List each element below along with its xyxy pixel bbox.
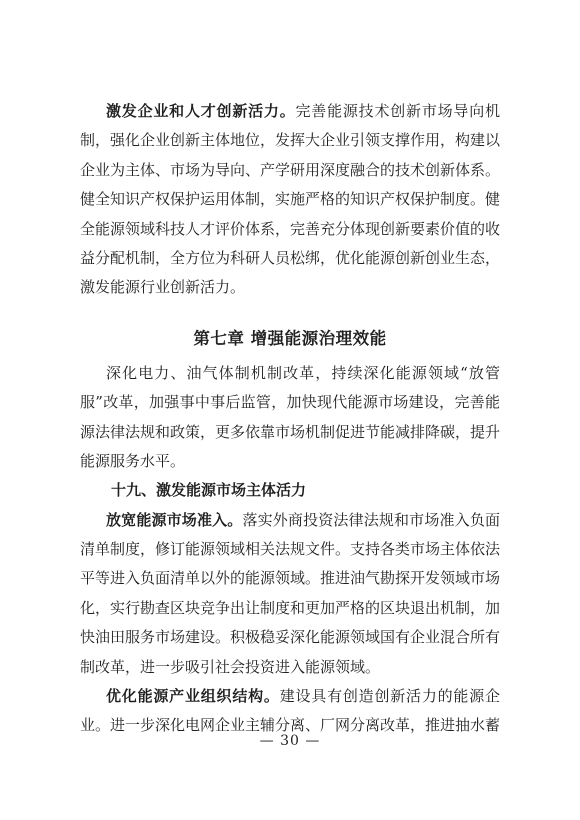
body-text: 制，强化企业创新主体地位，发挥大企业引领支撑作用，构建以 xyxy=(80,131,500,149)
page-content: 激发企业和人才创新活力。完善能源技术创新市场导向机制，强化企业创新主体地位，发挥… xyxy=(80,97,500,741)
page-number: — 30 — xyxy=(0,733,580,749)
body-text: 快油田服务市场建设。积极稳妥深化能源领域国有企业混合所有 xyxy=(80,628,500,646)
text-line: 制，强化企业创新主体地位，发挥大企业引领支撑作用，构建以 xyxy=(80,126,500,155)
text-line: 快油田服务市场建设。积极稳妥深化能源领域国有企业混合所有 xyxy=(80,623,500,652)
bold-lead-text: 激发企业和人才创新活力。 xyxy=(106,102,296,120)
text-line: 全能源领域科技人才评价体系，完善充分体现创新要素价值的收 xyxy=(80,215,500,244)
section-heading: 十九、激发能源市场主体活力 xyxy=(80,476,500,505)
paragraph: 激发企业和人才创新活力。完善能源技术创新市场导向机制，强化企业创新主体地位，发挥… xyxy=(80,97,500,303)
text-line: 激发企业和人才创新活力。完善能源技术创新市场导向机 xyxy=(80,97,500,126)
text-line: 深化电力、油气体制机制改革，持续深化能源领域“放管 xyxy=(80,359,500,388)
text-line: 能源服务水平。 xyxy=(80,447,500,476)
text-line: 制改革，进一步吸引社会投资进入能源领域。 xyxy=(80,653,500,682)
chapter-heading: 第七章 增强能源治理效能 xyxy=(80,324,500,354)
text-line: 企业为主体、市场为导向、产学研用深度融合的技术创新体系。 xyxy=(80,156,500,185)
body-text: 企业为主体、市场为导向、产学研用深度融合的技术创新体系。 xyxy=(80,161,500,179)
body-text: 业。进一步深化电网企业主辅分离、厂网分离改革，推进抽水蓄 xyxy=(80,716,500,734)
text-line: 平等进入负面清单以外的能源领域。推进油气勘探开发领域市场 xyxy=(80,564,500,593)
text-line: 优化能源产业组织结构。建设具有创造创新活力的能源企 xyxy=(80,682,500,711)
bold-lead-text: 优化能源产业组织结构。 xyxy=(106,687,280,705)
body-text: 服”改革，加强事中事后监管，加快现代能源市场建设，完善能 xyxy=(80,393,500,411)
body-text: 落实外商投资法律法规和市场准入负面 xyxy=(242,511,500,529)
text-line: 服”改革，加强事中事后监管，加快现代能源市场建设，完善能 xyxy=(80,388,500,417)
paragraph: 深化电力、油气体制机制改革，持续深化能源领域“放管服”改革，加强事中事后监管，加… xyxy=(80,359,500,477)
body-text: 源法律法规和政策，更多依靠市场机制促进节能减排降碳，提升 xyxy=(80,423,500,441)
text-line: 益分配机制，全方位为科研人员松绑，优化能源创新创业生态， xyxy=(80,244,500,273)
paragraph: 优化能源产业组织结构。建设具有创造创新活力的能源企业。进一步深化电网企业主辅分离… xyxy=(80,682,500,741)
body-text: 能源服务水平。 xyxy=(80,452,185,470)
body-text: 激发能源行业创新活力。 xyxy=(80,278,245,296)
body-text: 全能源领域科技人才评价体系，完善充分体现创新要素价值的收 xyxy=(80,220,500,238)
body-text: 完善能源技术创新市场导向机 xyxy=(296,102,501,120)
body-text: 建设具有创造创新活力的能源企 xyxy=(280,687,500,705)
body-text: 制改革，进一步吸引社会投资进入能源领域。 xyxy=(80,658,380,676)
text-line: 放宽能源市场准入。落实外商投资法律法规和市场准入负面 xyxy=(80,506,500,535)
text-line: 化，实行勘查区块竞争出让制度和更加严格的区块退出机制，加 xyxy=(80,594,500,623)
text-line: 清单制度，修订能源领域相关法规文件。支持各类市场主体依法 xyxy=(80,535,500,564)
body-text: 益分配机制，全方位为科研人员松绑，优化能源创新创业生态， xyxy=(80,249,500,267)
document-page: 激发企业和人才创新活力。完善能源技术创新市场导向机制，强化企业创新主体地位，发挥… xyxy=(0,0,580,820)
text-line: 健全知识产权保护运用体制，实施严格的知识产权保护制度。健 xyxy=(80,185,500,214)
body-text: 平等进入负面清单以外的能源领域。推进油气勘探开发领域市场 xyxy=(80,569,500,587)
body-text: 清单制度，修订能源领域相关法规文件。支持各类市场主体依法 xyxy=(80,540,500,558)
text-line: 激发能源行业创新活力。 xyxy=(80,273,500,302)
body-text: 深化电力、油气体制机制改革，持续深化能源领域“放管 xyxy=(106,364,500,382)
body-text: 健全知识产权保护运用体制，实施严格的知识产权保护制度。健 xyxy=(80,190,500,208)
bold-lead-text: 放宽能源市场准入。 xyxy=(106,511,242,529)
text-line: 源法律法规和政策，更多依靠市场机制促进节能减排降碳，提升 xyxy=(80,418,500,447)
paragraph: 放宽能源市场准入。落实外商投资法律法规和市场准入负面清单制度，修订能源领域相关法… xyxy=(80,506,500,682)
body-text: 化，实行勘查区块竞争出让制度和更加严格的区块退出机制，加 xyxy=(80,599,500,617)
